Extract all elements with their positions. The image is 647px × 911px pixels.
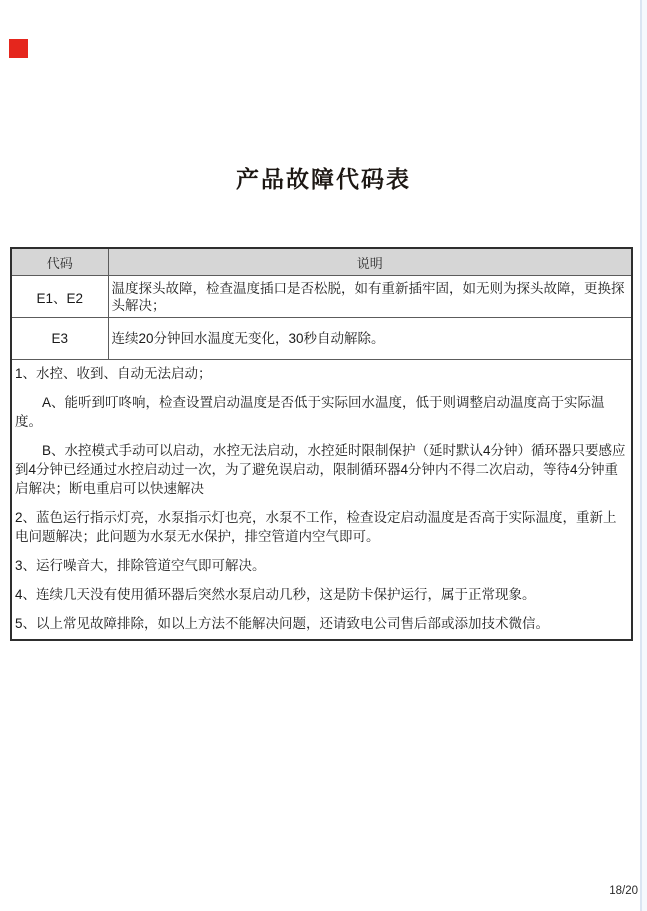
fault-description: 温度探头故障，检查温度插口是否松脱，如有重新插牢固，如无则为探头故障，更换探头解… — [108, 276, 632, 318]
note-item: 3、运行噪音大，排除管道空气即可解决。 — [15, 556, 628, 575]
note-item: B、水控模式手动可以启动，水控无法启动，水控延时限制保护（延时默认4分钟）循环器… — [15, 441, 628, 498]
page-number-indicator: 18/20 — [609, 885, 638, 897]
fault-code-table: 代码 说明 E1、E2 温度探头故障，检查温度插口是否松脱，如有重新插牢固，如无… — [10, 247, 633, 641]
note-item: 5、以上常见故障排除，如以上方法不能解决问题，还请致电公司售后部或添加技术微信。 — [15, 614, 628, 633]
red-marker-icon — [9, 39, 28, 58]
fault-code: E1、E2 — [11, 276, 108, 318]
fault-description: 连续20分钟回水温度无变化，30秒自动解除。 — [108, 318, 632, 360]
note-item: 2、蓝色运行指示灯亮，水泵指示灯也亮，水泵不工作，检查设定启动温度是否高于实际温… — [15, 508, 628, 546]
note-item: 1、水控、收到、自动无法启动； — [15, 364, 628, 383]
column-header-description: 说明 — [108, 248, 632, 276]
table-row: E3 连续20分钟回水温度无变化，30秒自动解除。 — [11, 318, 632, 360]
table-notes-row: 1、水控、收到、自动无法启动； A、能听到叮咚响，检查设置启动温度是否低于实际回… — [11, 360, 632, 641]
note-item: 4、连续几天没有使用循环器后突然水泵启动几秒，这是防卡保护运行，属于正常现象。 — [15, 585, 628, 604]
table-row: E1、E2 温度探头故障，检查温度插口是否松脱，如有重新插牢固，如无则为探头故障… — [11, 276, 632, 318]
page-title: 产品故障代码表 — [0, 161, 647, 194]
document-page: 产品故障代码表 代码 说明 E1、E2 温度探头故障，检查温度插口是否松脱，如有… — [0, 0, 647, 911]
note-item: A、能听到叮咚响，检查设置启动温度是否低于实际回水温度，低于则调整启动温度高于实… — [15, 393, 628, 431]
fault-code: E3 — [11, 318, 108, 360]
table-header-row: 代码 说明 — [11, 248, 632, 276]
vertical-scrollbar[interactable] — [640, 0, 647, 911]
column-header-code: 代码 — [11, 248, 108, 276]
troubleshooting-notes: 1、水控、收到、自动无法启动； A、能听到叮咚响，检查设置启动温度是否低于实际回… — [11, 360, 632, 641]
